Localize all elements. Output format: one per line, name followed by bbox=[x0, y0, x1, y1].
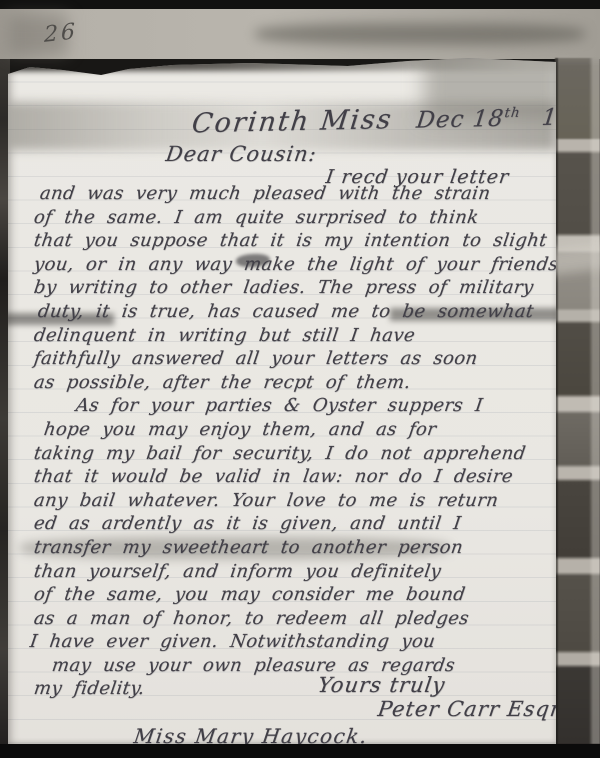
body-line: that you suppose that it is my intention… bbox=[26, 229, 549, 253]
body-line: as possible, after the recpt of them. bbox=[26, 371, 549, 395]
body-line: that it would be valid in law: nor do I … bbox=[26, 465, 549, 489]
body-line: I have ever given. Notwithstanding you bbox=[26, 630, 549, 654]
body-line: and was very much pleased with the strai… bbox=[26, 182, 549, 206]
page-number: 26 bbox=[44, 19, 78, 48]
heading-place: Corinth Miss bbox=[190, 104, 394, 139]
book-page-top-band: 26 bbox=[0, 9, 600, 59]
body-line: taking my bail for security, I do not ap… bbox=[26, 442, 549, 466]
body-line: as a man of honor, to redeem all pledges bbox=[26, 607, 549, 631]
scan-frame-bottom bbox=[0, 744, 600, 758]
body-line: by writing to other ladies. The press of… bbox=[26, 276, 549, 300]
heading-year: 1862 bbox=[540, 104, 556, 131]
salutation: Dear Cousin: bbox=[164, 142, 318, 166]
heading-month-day: Dec 18 bbox=[415, 106, 506, 134]
scanned-letter-page: 26 Corinth Miss Dec 18th1862 Dear Cousin… bbox=[0, 0, 600, 758]
scan-frame-top bbox=[0, 0, 600, 9]
heading-date: Dec 18th1862 bbox=[415, 104, 556, 134]
scan-smudge bbox=[255, 23, 585, 45]
letter-body: and was very much pleased with the strai… bbox=[28, 182, 548, 701]
body-line: ed as ardently as it is given, and until… bbox=[26, 512, 549, 536]
body-line: As for your parties & Oyster suppers I bbox=[26, 394, 549, 418]
body-line: may use your own pleasure as regards bbox=[26, 654, 549, 678]
body-line: faithfully answered all your letters as … bbox=[26, 347, 549, 371]
book-spine-edge bbox=[555, 58, 600, 744]
addressee: Miss Mary Haycock. bbox=[132, 724, 369, 746]
body-line: duty, it is true, has caused me to be so… bbox=[26, 300, 549, 324]
body-line: you, or in any way make the light of you… bbox=[26, 253, 549, 277]
body-line: than yourself, and inform you definitely bbox=[26, 560, 549, 584]
body-line: of the same, you may consider me bound bbox=[26, 583, 549, 607]
body-line: transfer my sweetheart to another person bbox=[26, 536, 549, 560]
letter-paper: Corinth Miss Dec 18th1862 Dear Cousin: I… bbox=[8, 58, 556, 746]
signature: Peter Carr Esqr bbox=[376, 697, 556, 721]
body-line: hope you may enjoy them, and as for bbox=[26, 418, 549, 442]
body-line: delinquent in writing but still I have bbox=[26, 324, 549, 348]
heading-ordinal: th bbox=[504, 106, 522, 121]
closing: Yours truly bbox=[316, 673, 447, 697]
body-line: any bail whatever. Your love to me is re… bbox=[26, 489, 549, 513]
body-line: of the same. I am quite surprised to thi… bbox=[26, 206, 549, 230]
